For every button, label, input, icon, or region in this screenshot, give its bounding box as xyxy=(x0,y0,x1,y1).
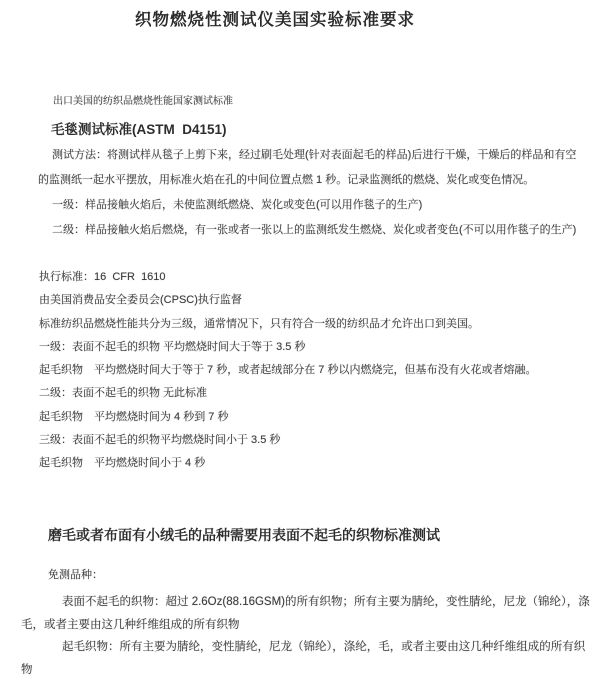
body-line: 物 xyxy=(21,659,581,682)
exempt-species-label: 免测品种： xyxy=(48,568,103,583)
standard-16cfr1610-paragraph: 执行标准：16 CFR 1610 由美国消费品安全委员会(CPSC)执行监督 标… xyxy=(39,266,584,476)
body-line: 由美国消费品安全委员会(CPSC)执行监督 xyxy=(39,289,584,312)
page-title: 织物燃烧性测试仪美国实验标准要求 xyxy=(0,9,550,31)
intro-line: 出口美国的纺织品燃烧性能国家测试标准 xyxy=(53,95,233,109)
document-page: 织物燃烧性测试仪美国实验标准要求 出口美国的纺织品燃烧性能国家测试标准 毛毯测试… xyxy=(0,0,590,691)
body-line: 二级：样品接触火焰后燃烧，有一张或者一张以上的监测纸发生燃烧、炭化或者变色(不可… xyxy=(38,218,583,243)
body-line: 起毛织物：所有主要为腈纶，变性腈纶，尼龙（锦纶），涤纶，毛，或者主要由这几种纤维… xyxy=(21,636,581,659)
body-line: 起毛织物 平均燃烧时间大于等于 7 秒，或者起绒部分在 7 秒以内燃烧完，但基布… xyxy=(39,359,584,382)
blanket-section-heading: 毛毯测试标准(ASTM D4151) xyxy=(51,121,227,139)
body-line: 测试方法：将测试样从毯子上剪下来，经过刷毛处理(针对表面起毛的样品)后进行干燥，… xyxy=(38,143,583,168)
body-line: 毛，或者主要由这几种纤维组成的所有织物 xyxy=(21,614,581,637)
body-line: 起毛织物 平均燃烧时间为 4 秒到 7 秒 xyxy=(39,406,584,429)
body-line: 标准纺织品燃烧性能共分为三级，通常情况下，只有符合一级的纺织品才允许出口到美国。 xyxy=(39,313,584,336)
body-line: 二级：表面不起毛的织物 无此标准 xyxy=(39,382,584,405)
body-line: 的监测纸一起水平摆放，用标准火焰在孔的中间位置点燃 1 秒。记录监测纸的燃烧、炭… xyxy=(38,168,583,193)
body-line: 一级：表面不起毛的织物 平均燃烧时间大于等于 3.5 秒 xyxy=(39,336,584,359)
blanket-test-method-paragraph: 测试方法：将测试样从毯子上剪下来，经过刷毛处理(针对表面起毛的样品)后进行干燥，… xyxy=(38,143,583,243)
exempt-species-paragraph: 表面不起毛的织物：超过 2.6Oz(88.16GSM)的所有织物；所有主要为腈纶… xyxy=(21,591,581,681)
body-line: 一级：样品接触火焰后，未使监测纸燃烧、炭化或变色(可以用作毯子的生产) xyxy=(38,193,583,218)
body-line: 起毛织物 平均燃烧时间小于 4 秒 xyxy=(39,452,584,475)
brushed-section-heading: 磨毛或者布面有小绒毛的品种需要用表面不起毛的织物标准测试 xyxy=(48,526,440,545)
body-line: 表面不起毛的织物：超过 2.6Oz(88.16GSM)的所有织物；所有主要为腈纶… xyxy=(21,591,581,614)
body-line: 执行标准：16 CFR 1610 xyxy=(39,266,584,289)
body-line: 三级：表面不起毛的织物平均燃烧时间小于 3.5 秒 xyxy=(39,429,584,452)
